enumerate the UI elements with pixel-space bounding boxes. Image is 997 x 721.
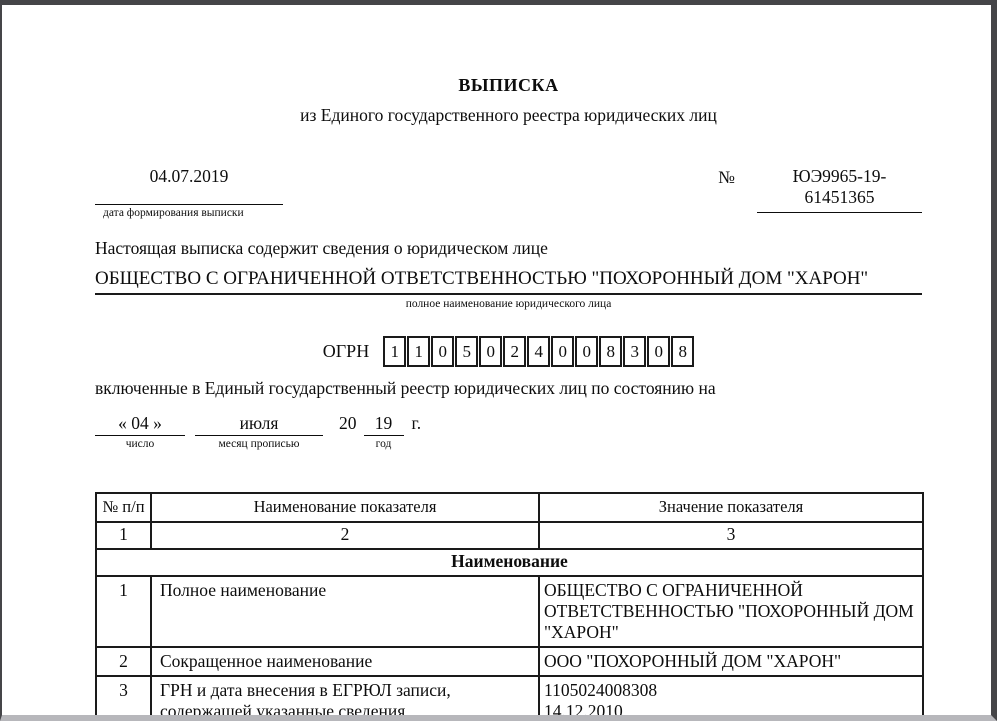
meta-row: 04.07.2019 дата формирования выписки № Ю…	[95, 166, 922, 219]
as-of-year-value: 19	[364, 411, 404, 436]
extract-number-value: ЮЭ9965-19- 61451365	[757, 166, 922, 213]
grn-date: 14.12.2010	[544, 701, 916, 721]
indicator-value: 1105024008308 14.12.2010	[539, 676, 923, 721]
table-row: 1 Полное наименование ОБЩЕСТВО С ОГРАНИЧ…	[96, 576, 923, 647]
as-of-day-caption: число	[126, 438, 155, 450]
as-of-year-group: 19 год	[364, 411, 404, 450]
ogrn-digit: 4	[527, 336, 550, 367]
as-of-year-caption: год	[376, 438, 392, 450]
as-of-date-row: « 04 » число июля месяц прописью 20 19 г…	[95, 411, 922, 450]
ogrn-digit: 0	[479, 336, 502, 367]
header-indicator-value: Значение показателя	[539, 493, 923, 522]
column-number: 3	[539, 522, 923, 549]
ogrn-digit: 0	[575, 336, 598, 367]
table-header-row: № п/п Наименование показателя Значение п…	[96, 493, 923, 522]
formation-date-underline	[95, 204, 283, 205]
open-quote: «	[118, 413, 127, 433]
ogrn-digit-boxes: 1 1 0 5 0 2 4 0 0 8 3 0 8	[383, 336, 694, 367]
egrul-extract-page: ВЫПИСКА из Единого государственного реес…	[2, 75, 991, 721]
formation-date-value: 04.07.2019	[95, 166, 283, 187]
as-of-day-group: « 04 » число	[95, 411, 185, 450]
section-title: Наименование	[96, 549, 923, 576]
ogrn-digit: 1	[407, 336, 430, 367]
column-number: 1	[96, 522, 151, 549]
document-title: ВЫПИСКА	[95, 75, 922, 96]
ogrn-digit: 3	[623, 336, 646, 367]
as-of-month-caption: месяц прописью	[219, 438, 300, 450]
ogrn-digit: 0	[431, 336, 454, 367]
document-window: ВЫПИСКА из Единого государственного реес…	[0, 0, 997, 721]
row-number: 2	[96, 647, 151, 676]
ogrn-label: ОГРН	[323, 341, 369, 362]
as-of-month-group: июля месяц прописью	[195, 411, 323, 450]
table-row: 3 ГРН и дата внесения в ЕГРЮЛ записи, со…	[96, 676, 923, 721]
ogrn-row: ОГРН 1 1 0 5 0 2 4 0 0 8 3 0 8	[95, 336, 922, 367]
number-sign: №	[718, 167, 735, 188]
indicator-name: Сокращенное наименование	[151, 647, 539, 676]
indicator-value: ОБЩЕСТВО С ОГРАНИЧЕННОЙ ОТВЕТСТВЕННОСТЬЮ…	[539, 576, 923, 647]
indicator-name: Полное наименование	[151, 576, 539, 647]
as-of-month-value: июля	[195, 411, 323, 436]
as-of-year-suffix: г.	[412, 411, 422, 435]
extract-number-line1: ЮЭ9965-19-	[757, 166, 922, 187]
header-indicator-name: Наименование показателя	[151, 493, 539, 522]
formation-date-caption: дата формирования выписки	[95, 207, 283, 219]
as-of-day-value: « 04 »	[95, 411, 185, 436]
column-numbers-row: 1 2 3	[96, 522, 923, 549]
ogrn-digit: 8	[599, 336, 622, 367]
company-name-caption: полное наименование юридического лица	[95, 298, 922, 310]
header-num: № п/п	[96, 493, 151, 522]
company-full-name: ОБЩЕСТВО С ОГРАНИЧЕННОЙ ОТВЕТСТВЕННОСТЬЮ…	[95, 268, 922, 295]
row-number: 3	[96, 676, 151, 721]
ogrn-digit: 2	[503, 336, 526, 367]
as-of-century: 20	[339, 411, 357, 435]
included-text: включенные в Единый государственный реес…	[95, 378, 922, 399]
column-number: 2	[151, 522, 539, 549]
table-row: 2 Сокращенное наименование ООО "ПОХОРОНН…	[96, 647, 923, 676]
section-row: Наименование	[96, 549, 923, 576]
indicator-value: ООО "ПОХОРОННЫЙ ДОМ "ХАРОН"	[539, 647, 923, 676]
ogrn-digit: 5	[455, 336, 478, 367]
ogrn-digit: 0	[647, 336, 670, 367]
document-subtitle: из Единого государственного реестра юрид…	[95, 105, 922, 126]
ogrn-digit: 8	[671, 336, 694, 367]
indicator-name: ГРН и дата внесения в ЕГРЮЛ записи, соде…	[151, 676, 539, 721]
intro-text: Настоящая выписка содержит сведения о юр…	[95, 238, 922, 259]
close-quote: »	[153, 413, 162, 433]
extract-number-line2: 61451365	[757, 187, 922, 208]
row-number: 1	[96, 576, 151, 647]
grn-value: 1105024008308	[544, 680, 916, 701]
extract-number-block: № ЮЭ9965-19- 61451365	[718, 166, 922, 213]
ogrn-digit: 1	[383, 336, 406, 367]
as-of-day: 04	[131, 413, 149, 433]
indicators-table: № п/п Наименование показателя Значение п…	[95, 492, 924, 721]
ogrn-digit: 0	[551, 336, 574, 367]
formation-date-block: 04.07.2019 дата формирования выписки	[95, 166, 283, 219]
